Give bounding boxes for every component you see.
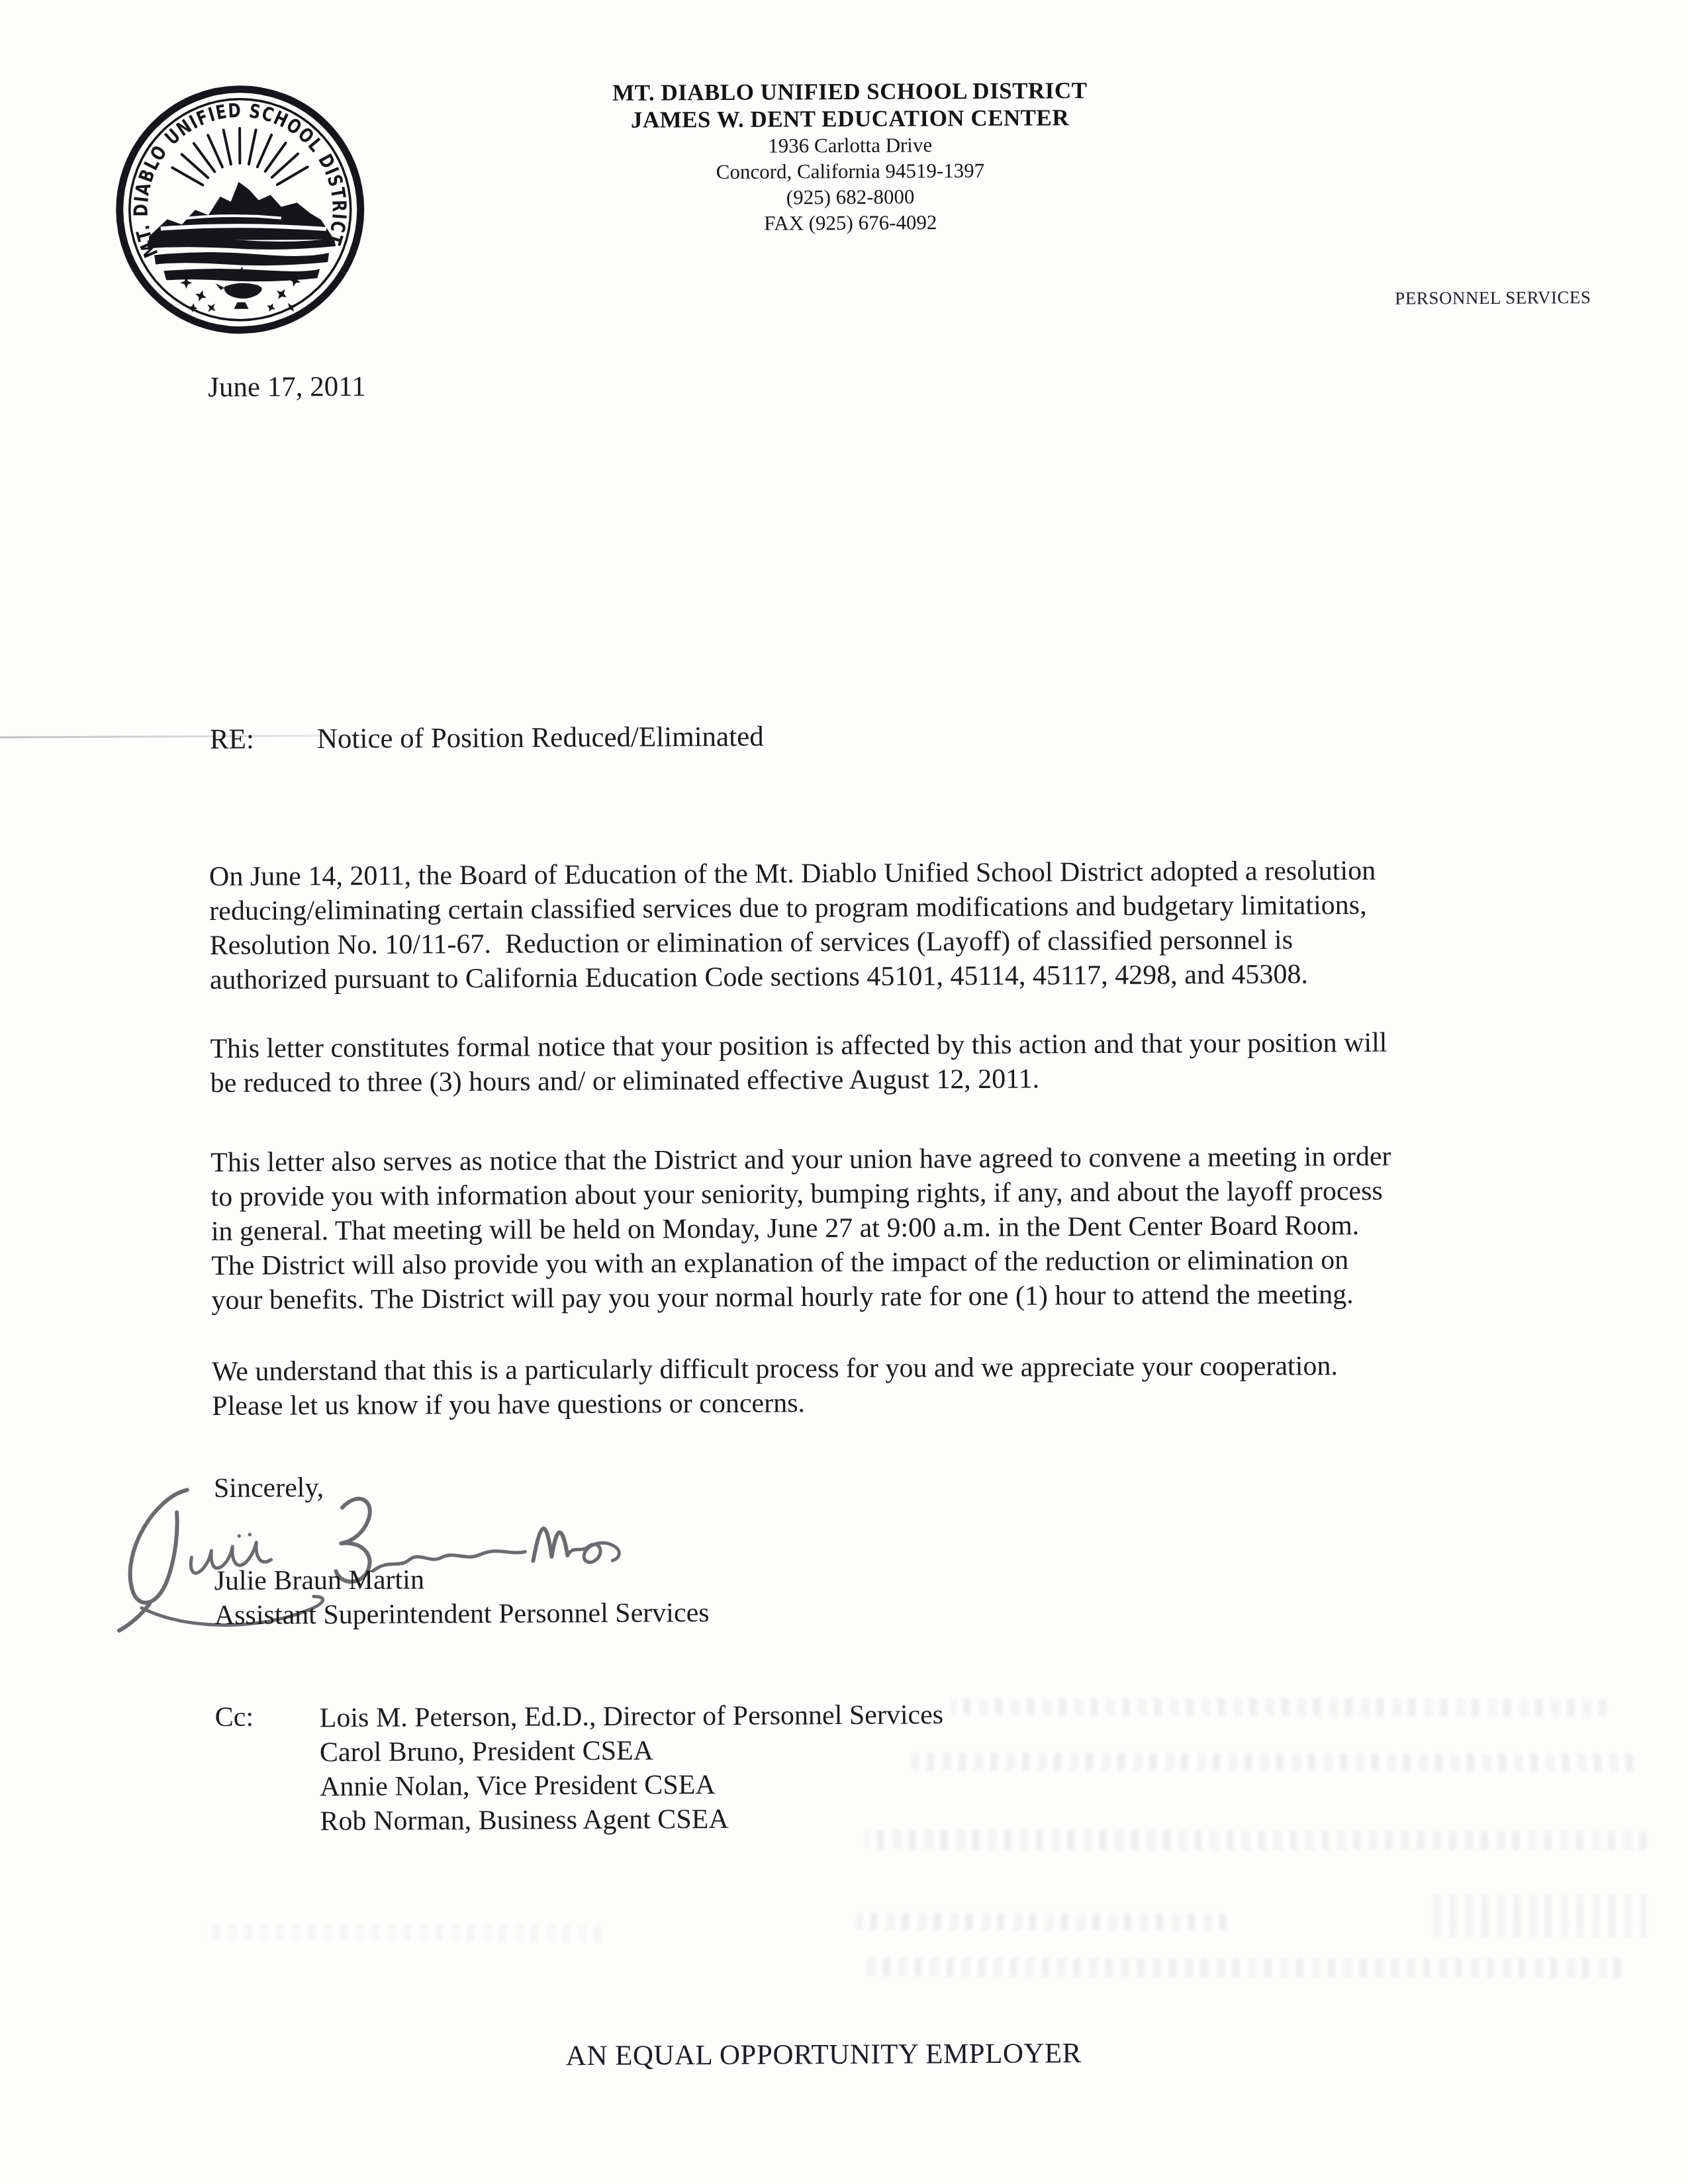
letter-date: June 17, 2011	[208, 371, 366, 404]
body-paragraph: We understand that this is a particularl…	[212, 1349, 1393, 1424]
bleedthrough-smudge	[951, 1698, 1607, 1717]
letterhead: MT. DIABLO UNIFIED SCHOOL DISTRICT JAMES…	[526, 76, 1175, 237]
department-label: PERSONNEL SERVICES	[1395, 287, 1591, 309]
bleedthrough-smudge	[204, 1925, 601, 1942]
cc-recipient: Annie Nolan, Vice President CSEA	[320, 1766, 944, 1804]
body-line: authorized pursuant to California Educat…	[210, 957, 1390, 997]
bleedthrough-smudge	[1429, 1894, 1647, 1937]
footer-motto: AN EQUAL OPPORTUNITY EMPLOYER	[6, 2034, 1641, 2075]
cc-label: Cc:	[215, 1702, 254, 1733]
sun-rays-icon	[172, 128, 308, 185]
body-paragraph: This letter constitutes formal notice th…	[210, 1026, 1391, 1101]
district-seal-icon: MT. DIABLO UNIFIED SCHOOL DISTRICT	[107, 74, 373, 345]
signer-title: Assistant Superintendent Personnel Servi…	[214, 1597, 710, 1631]
cc-list: Lois M. Peterson, Ed.D., Director of Per…	[320, 1698, 945, 1839]
body-line: to provide you with information about yo…	[211, 1174, 1391, 1214]
letter-content: MT. DIABLO UNIFIED SCHOOL DISTRICT	[0, 0, 1688, 2184]
signer-name: Julie Braun Martin	[214, 1564, 424, 1597]
fax-number: FAX (925) 676-4092	[526, 208, 1175, 237]
body-line: Please let us know if you have questions…	[212, 1383, 1392, 1424]
bleedthrough-smudge	[912, 1752, 1633, 1772]
body-line: your benefits. The District will pay you…	[211, 1277, 1391, 1318]
body-line: On June 14, 2011, the Board of Education…	[209, 854, 1389, 894]
re-subject: Notice of Position Reduced/Eliminated	[317, 721, 764, 755]
re-line: RE:Notice of Position Reduced/Eliminated	[210, 721, 764, 756]
scanned-letter-page: MT. DIABLO UNIFIED SCHOOL DISTRICT	[0, 0, 1688, 2184]
body-line: Resolution No. 10/11-67. Reduction or el…	[209, 923, 1389, 963]
re-label: RE:	[210, 723, 317, 756]
city-state-zip: Concord, California 94519-1397	[526, 156, 1174, 185]
bleedthrough-smudge	[867, 1958, 1621, 1978]
body-paragraph: On June 14, 2011, the Board of Education…	[209, 854, 1390, 997]
bleedthrough-smudge	[866, 1831, 1647, 1850]
center-name: JAMES W. DENT EDUCATION CENTER	[526, 103, 1174, 134]
cc-recipient: Lois M. Peterson, Ed.D., Director of Per…	[320, 1698, 944, 1735]
phone-number: (925) 682-8000	[526, 182, 1175, 211]
body-line: reducing/eliminating certain classified …	[209, 888, 1389, 929]
cc-recipient: Carol Bruno, President CSEA	[320, 1732, 944, 1770]
district-name: MT. DIABLO UNIFIED SCHOOL DISTRICT	[526, 76, 1174, 107]
body-line: We understand that this is a particularl…	[212, 1349, 1392, 1389]
cc-recipient: Rob Norman, Business Agent CSEA	[320, 1801, 944, 1839]
mountain-icon	[148, 181, 336, 282]
body-line: The District will also provide you with …	[211, 1243, 1391, 1283]
body-line: This letter also serves as notice that t…	[211, 1140, 1391, 1180]
letter-body: On June 14, 2011, the Board of Education…	[209, 854, 1393, 1458]
body-paragraph: This letter also serves as notice that t…	[211, 1140, 1392, 1318]
body-line: This letter constitutes formal notice th…	[210, 1026, 1390, 1066]
street-address: 1936 Carlotta Drive	[526, 130, 1174, 159]
body-line: be reduced to three (3) hours and/ or el…	[211, 1060, 1391, 1101]
body-line: in general. That meeting will be held on…	[211, 1208, 1391, 1249]
bleedthrough-smudge	[856, 1913, 1227, 1931]
